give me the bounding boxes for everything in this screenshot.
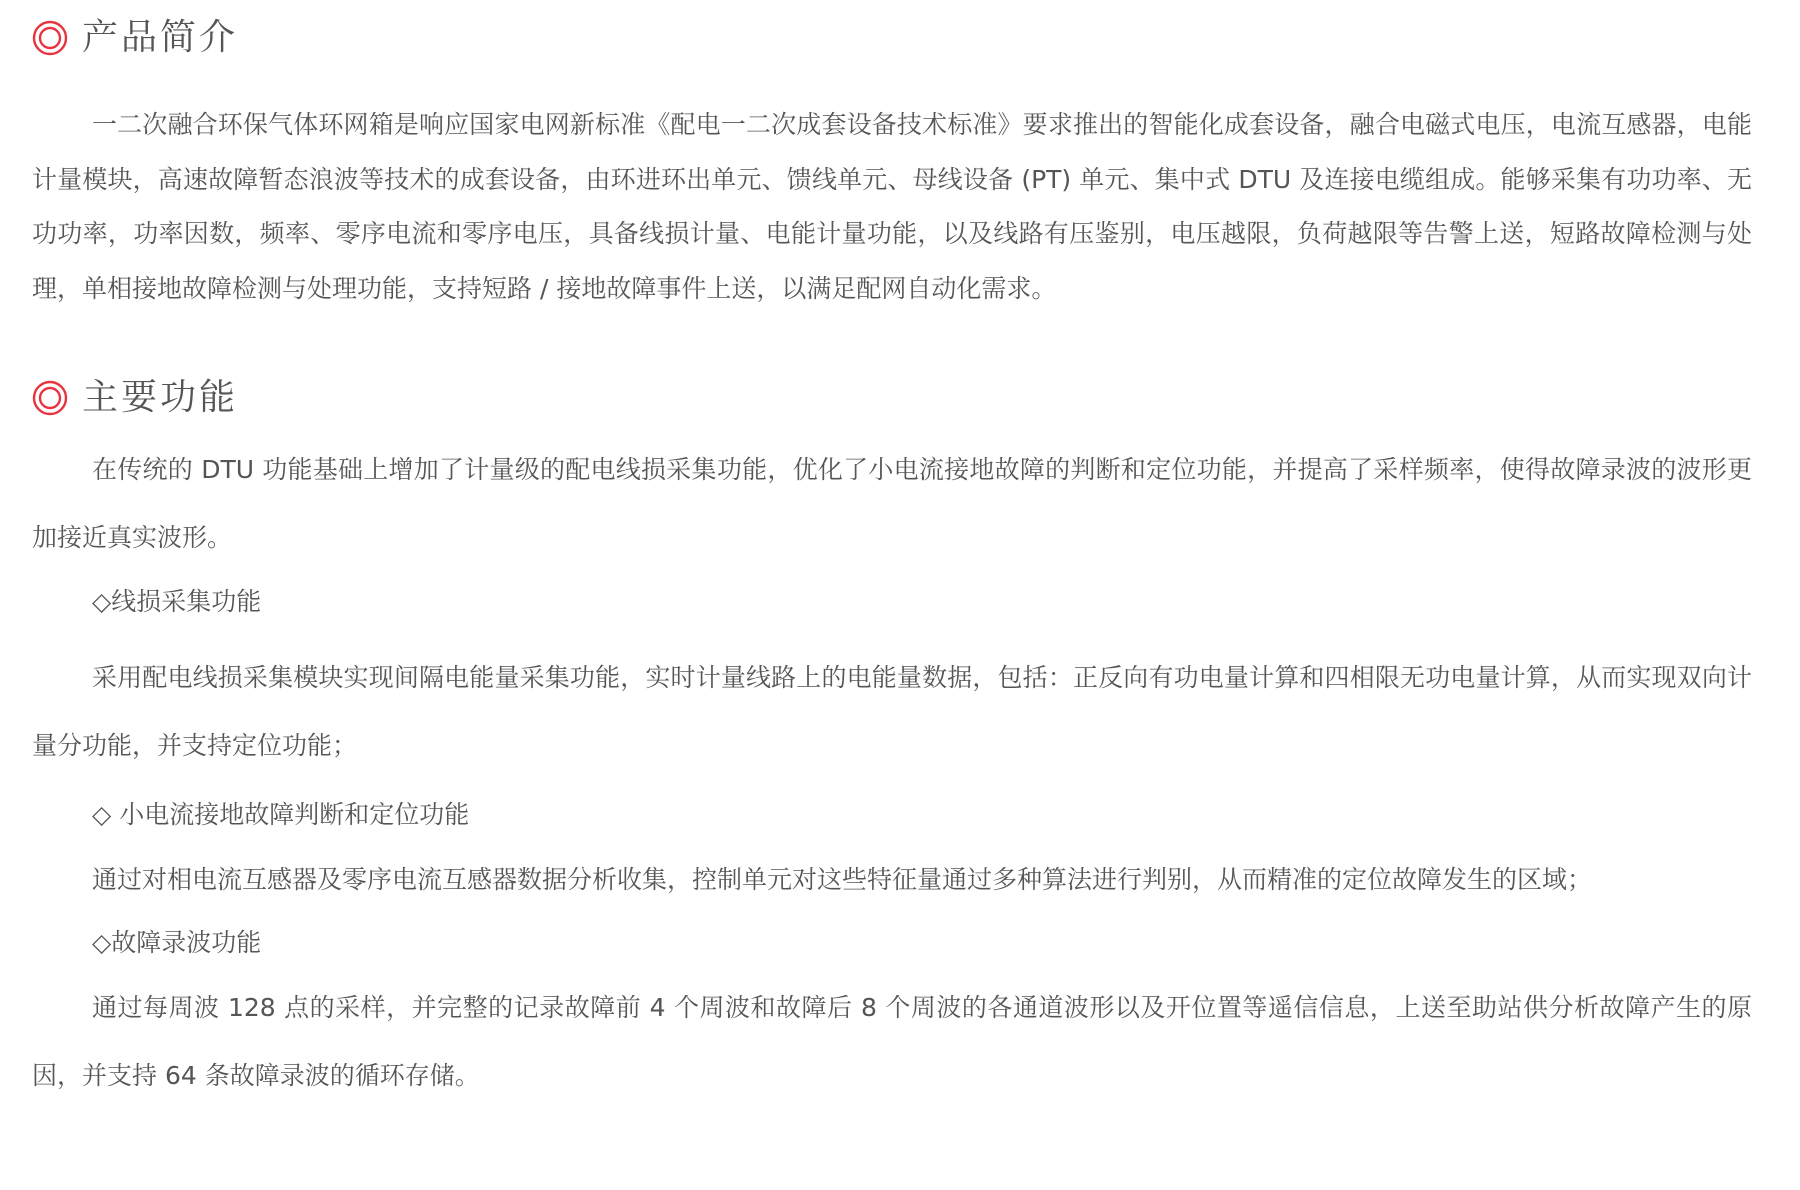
section-title-main-functions: 主要功能	[32, 376, 238, 420]
section-title-text: 产品简介	[82, 16, 238, 60]
feature-desc-fault-recording: 通过每周波 128 点的采样，并完整的记录故障前 4 个周波和故障后 8 个周波…	[32, 974, 1752, 1110]
feature-heading-ground-fault: ◇ 小电流接地故障判断和定位功能	[92, 795, 1752, 835]
diamond-bullet-icon: ◇	[92, 582, 111, 622]
feature-heading-fault-recording: ◇故障录波功能	[92, 923, 1752, 963]
main-functions-intro-paragraph: 在传统的 DTU 功能基础上增加了计量级的配电线损采集功能，优化了小电流接地故障…	[32, 436, 1752, 572]
feature-heading-line-loss: ◇线损采集功能	[92, 582, 1752, 622]
double-circle-icon	[32, 380, 68, 416]
feature-title: 故障录波功能	[111, 928, 261, 957]
feature-desc-line-loss: 采用配电线损采集模块实现间隔电能量采集功能，实时计量线路上的电能量数据，包括：正…	[32, 644, 1752, 780]
feature-title: 小电流接地故障判断和定位功能	[119, 800, 469, 829]
feature-title: 线损采集功能	[111, 587, 261, 616]
double-circle-icon	[32, 20, 68, 56]
feature-desc-ground-fault: 通过对相电流互感器及零序电流互感器数据分析收集，控制单元对这些特征量通过多种算法…	[92, 860, 1752, 900]
product-intro-paragraph: 一二次融合环保气体环网箱是响应国家电网新标准《配电一二次成套设备技术标准》要求推…	[32, 98, 1752, 316]
section-title-text: 主要功能	[82, 376, 238, 420]
section-title-product-intro: 产品简介	[32, 16, 238, 60]
diamond-bullet-icon: ◇	[92, 923, 111, 963]
diamond-bullet-icon: ◇	[92, 795, 111, 835]
